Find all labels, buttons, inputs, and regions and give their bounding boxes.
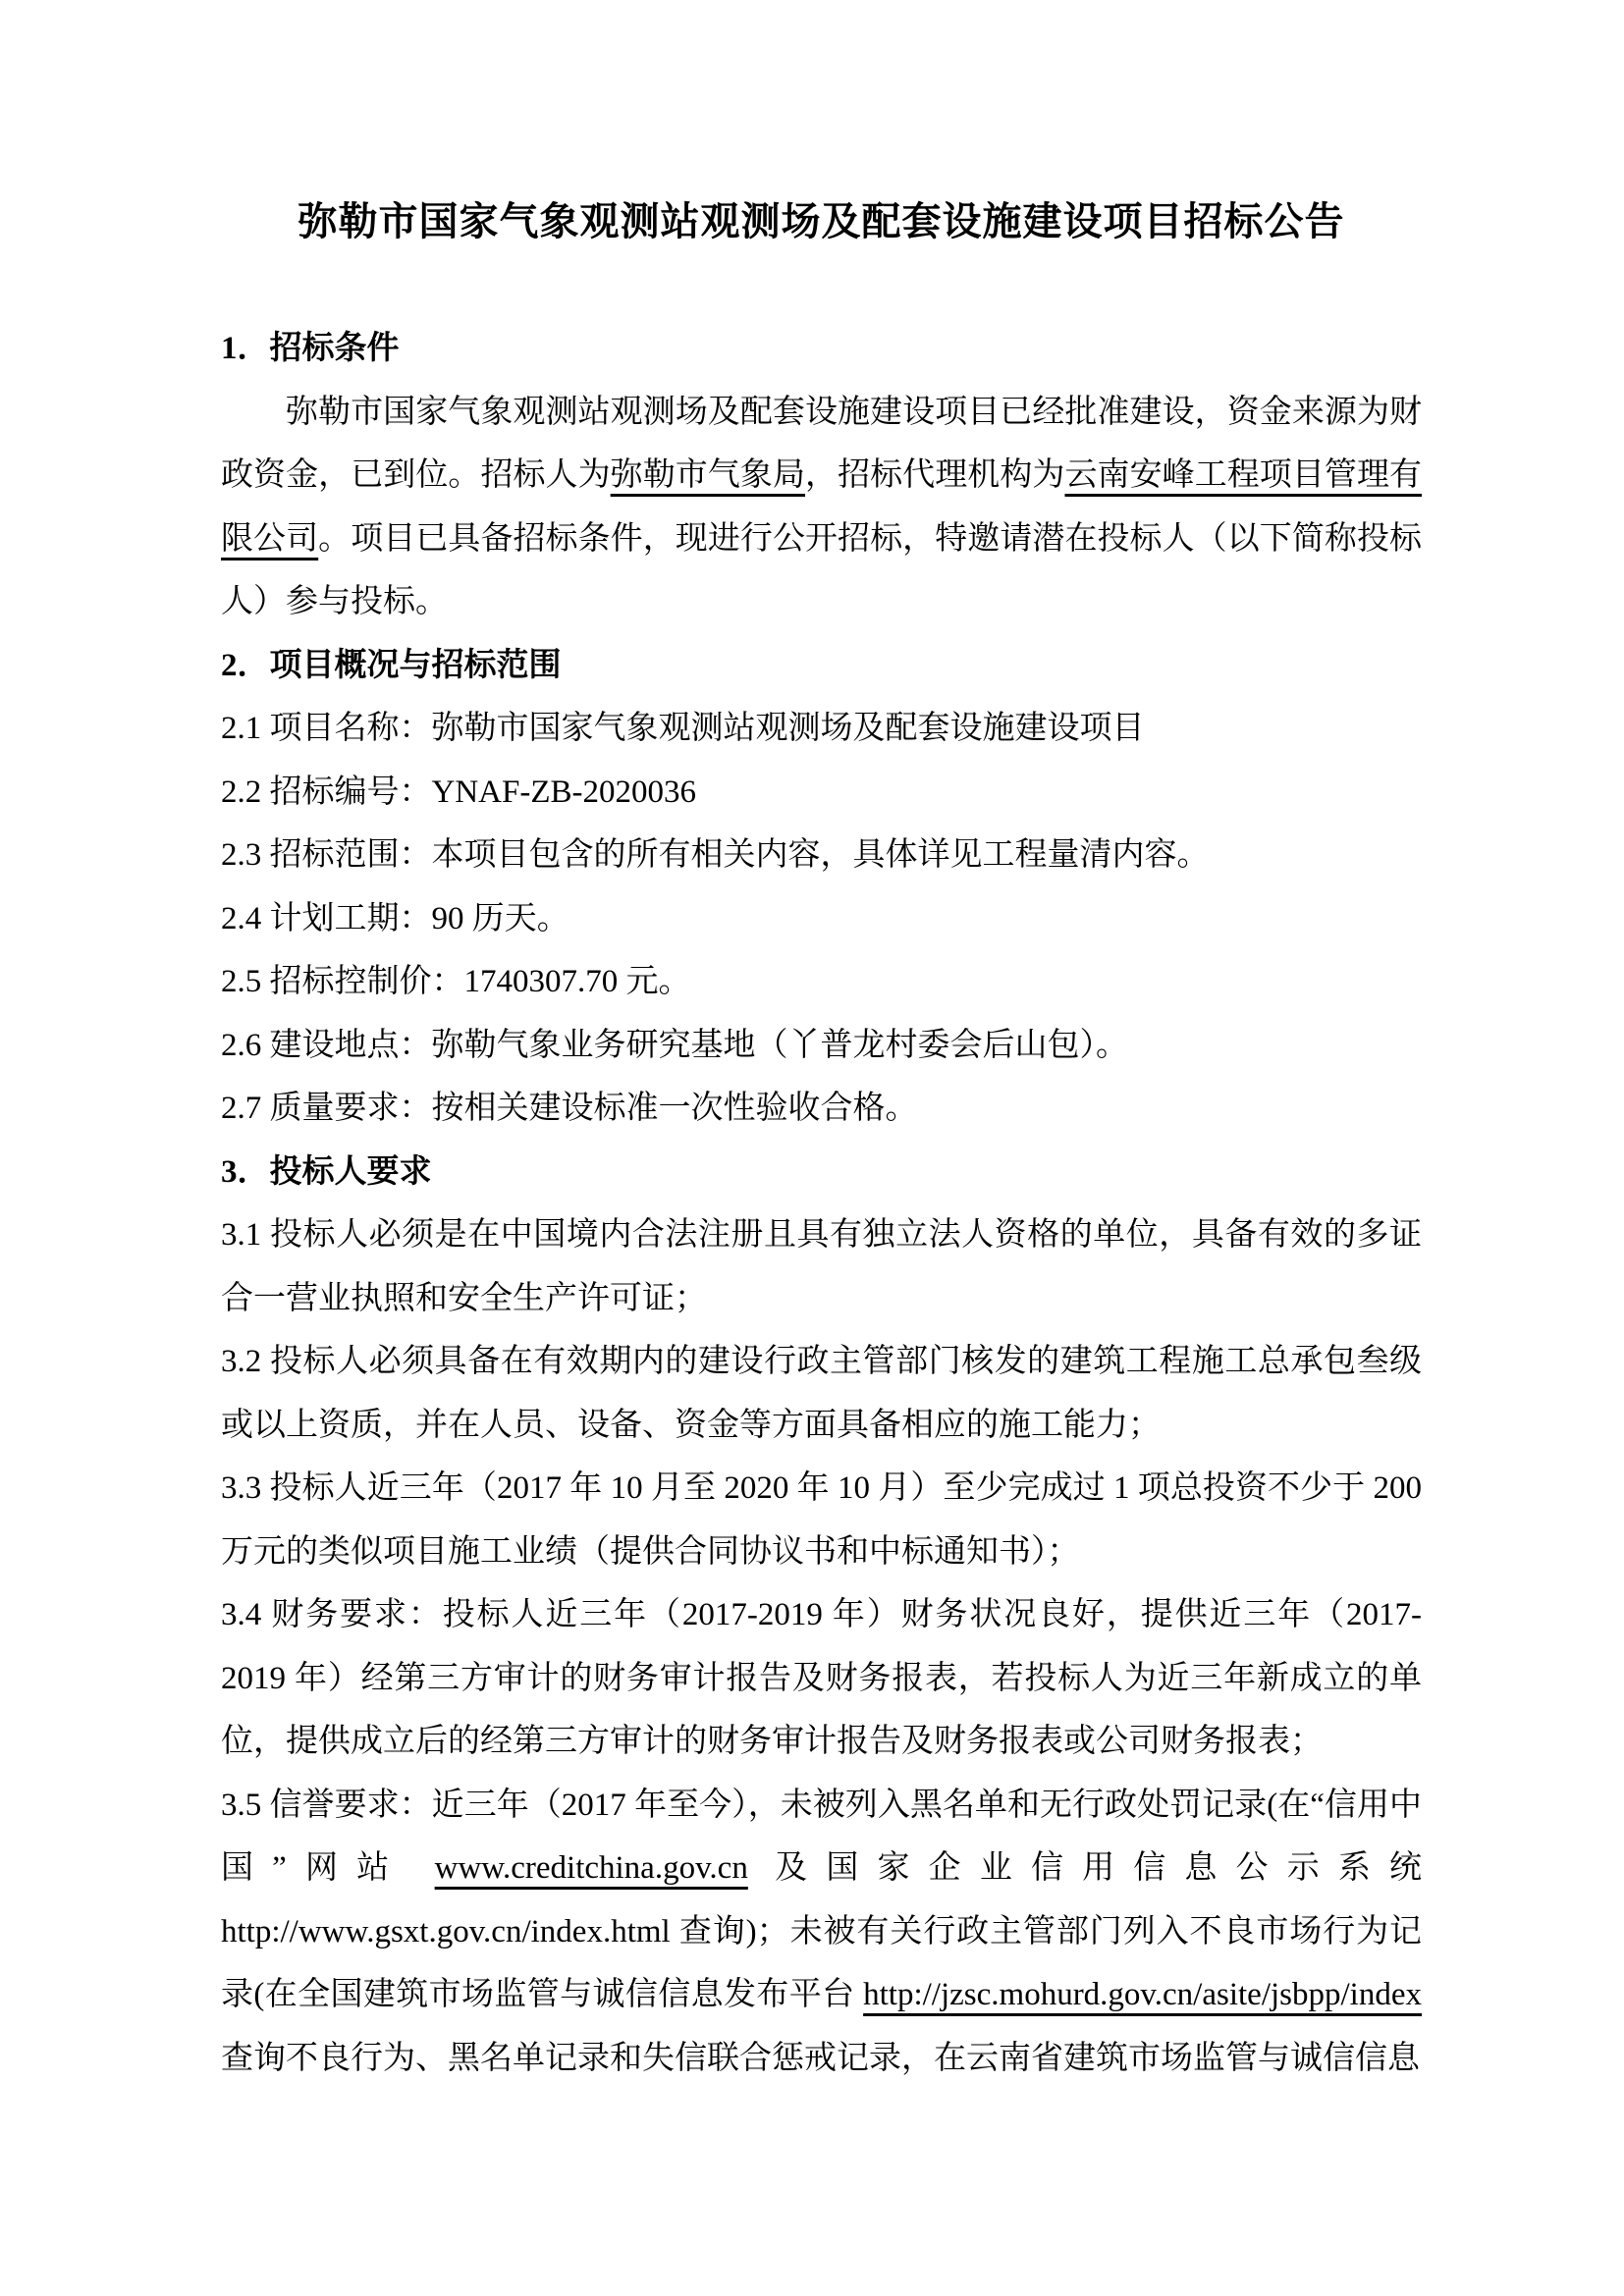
underlined-text: 弥勒市气象局 (611, 457, 805, 493)
underlined-text: http://jzsc.mohurd.gov.cn/asite/jsbpp/in… (863, 1977, 1422, 2012)
section-heading: 3．投标人要求 (221, 1141, 1422, 1204)
paragraph: 3.2 投标人必须具备在有效期内的建设行政主管部门核发的建筑工程施工总承包叁级或… (221, 1330, 1422, 1457)
text-run: 3.2 投标人必须具备在有效期内的建设行政主管部门核发的建筑工程施工总承包叁级或… (221, 1344, 1422, 1443)
document-body: 1．招标条件弥勒市国家气象观测站观测场及配套设施建设项目已经批准建设，资金来源为… (221, 317, 1422, 2090)
text-run: 。项目已具备招标条件，现进行公开招标，特邀请潜在投标人（以下简称投标人）参与投标… (221, 521, 1422, 620)
text-run: 3.3 投标人近三年（2017 年 10 月至 2020 年 10 月）至少完成… (221, 1470, 1422, 1570)
paragraph: 2.1 项目名称：弥勒市国家气象观测站观测场及配套设施建设项目 (221, 697, 1422, 761)
paragraph: 2.5 招标控制价：1740307.70 元。 (221, 950, 1422, 1014)
paragraph: 弥勒市国家气象观测站观测场及配套设施建设项目已经批准建设，资金来源为财政资金，已… (221, 381, 1422, 634)
paragraph: 2.6 建设地点：弥勒气象业务研究基地（丫普龙村委会后山包）。 (221, 1014, 1422, 1078)
text-run: 2.2 招标编号：YNAF-ZB-2020036 (221, 774, 696, 810)
paragraph: 3.4 财务要求：投标人近三年（2017-2019 年）财务状况良好，提供近三年… (221, 1583, 1422, 1774)
paragraph: 3.3 投标人近三年（2017 年 10 月至 2020 年 10 月）至少完成… (221, 1457, 1422, 1583)
text-run: ，招标代理机构为 (805, 457, 1064, 493)
text-run: 2.1 项目名称：弥勒市国家气象观测站观测场及配套设施建设项目 (221, 711, 1145, 746)
paragraph: 3.5 信誉要求：近三年（2017 年至今），未被列入黑名单和无行政处罚记录(在… (221, 1774, 1422, 2091)
section-heading: 2．项目概况与招标范围 (221, 634, 1422, 698)
paragraph: 2.3 招标范围：本项目包含的所有相关内容，具体详见工程量清内容。 (221, 824, 1422, 887)
document-title: 弥勒市国家气象观测站观测场及配套设施建设项目招标公告 (221, 189, 1422, 254)
text-run: 2.6 建设地点：弥勒气象业务研究基地（丫普龙村委会后山包）。 (221, 1028, 1128, 1063)
text-run: 查询不良行为、黑名单记录和失信联合惩戒记录，在云南省建筑市场监管与诚信信息 (221, 2041, 1420, 2076)
paragraph: 3.1 投标人必须是在中国境内合法注册且具有独立法人资格的单位，具备有效的多证合… (221, 1203, 1422, 1330)
paragraph: 2.2 招标编号：YNAF-ZB-2020036 (221, 761, 1422, 825)
paragraph: 2.4 计划工期：90 历天。 (221, 887, 1422, 951)
text-run: 2.7 质量要求：按相关建设标准一次性验收合格。 (221, 1091, 918, 1126)
underlined-text: www.creditchina.gov.cn (435, 1850, 748, 1886)
text-run: 2.5 招标控制价：1740307.70 元。 (221, 964, 691, 999)
section-heading: 1．招标条件 (221, 317, 1422, 381)
text-run: 2.4 计划工期：90 历天。 (221, 901, 569, 936)
text-run: 3.1 投标人必须是在中国境内合法注册且具有独立法人资格的单位，具备有效的多证合… (221, 1217, 1422, 1316)
paragraph: 2.7 质量要求：按相关建设标准一次性验收合格。 (221, 1077, 1422, 1141)
document-content: 弥勒市国家气象观测站观测场及配套设施建设项目招标公告 1．招标条件弥勒市国家气象… (221, 189, 1422, 2090)
document-page: 弥勒市国家气象观测站观测场及配套设施建设项目招标公告 1．招标条件弥勒市国家气象… (0, 0, 1624, 2296)
text-run: 2.3 招标范围：本项目包含的所有相关内容，具体详见工程量清内容。 (221, 837, 1210, 873)
text-run: 3.4 财务要求：投标人近三年（2017-2019 年）财务状况良好，提供近三年… (221, 1597, 1422, 1759)
